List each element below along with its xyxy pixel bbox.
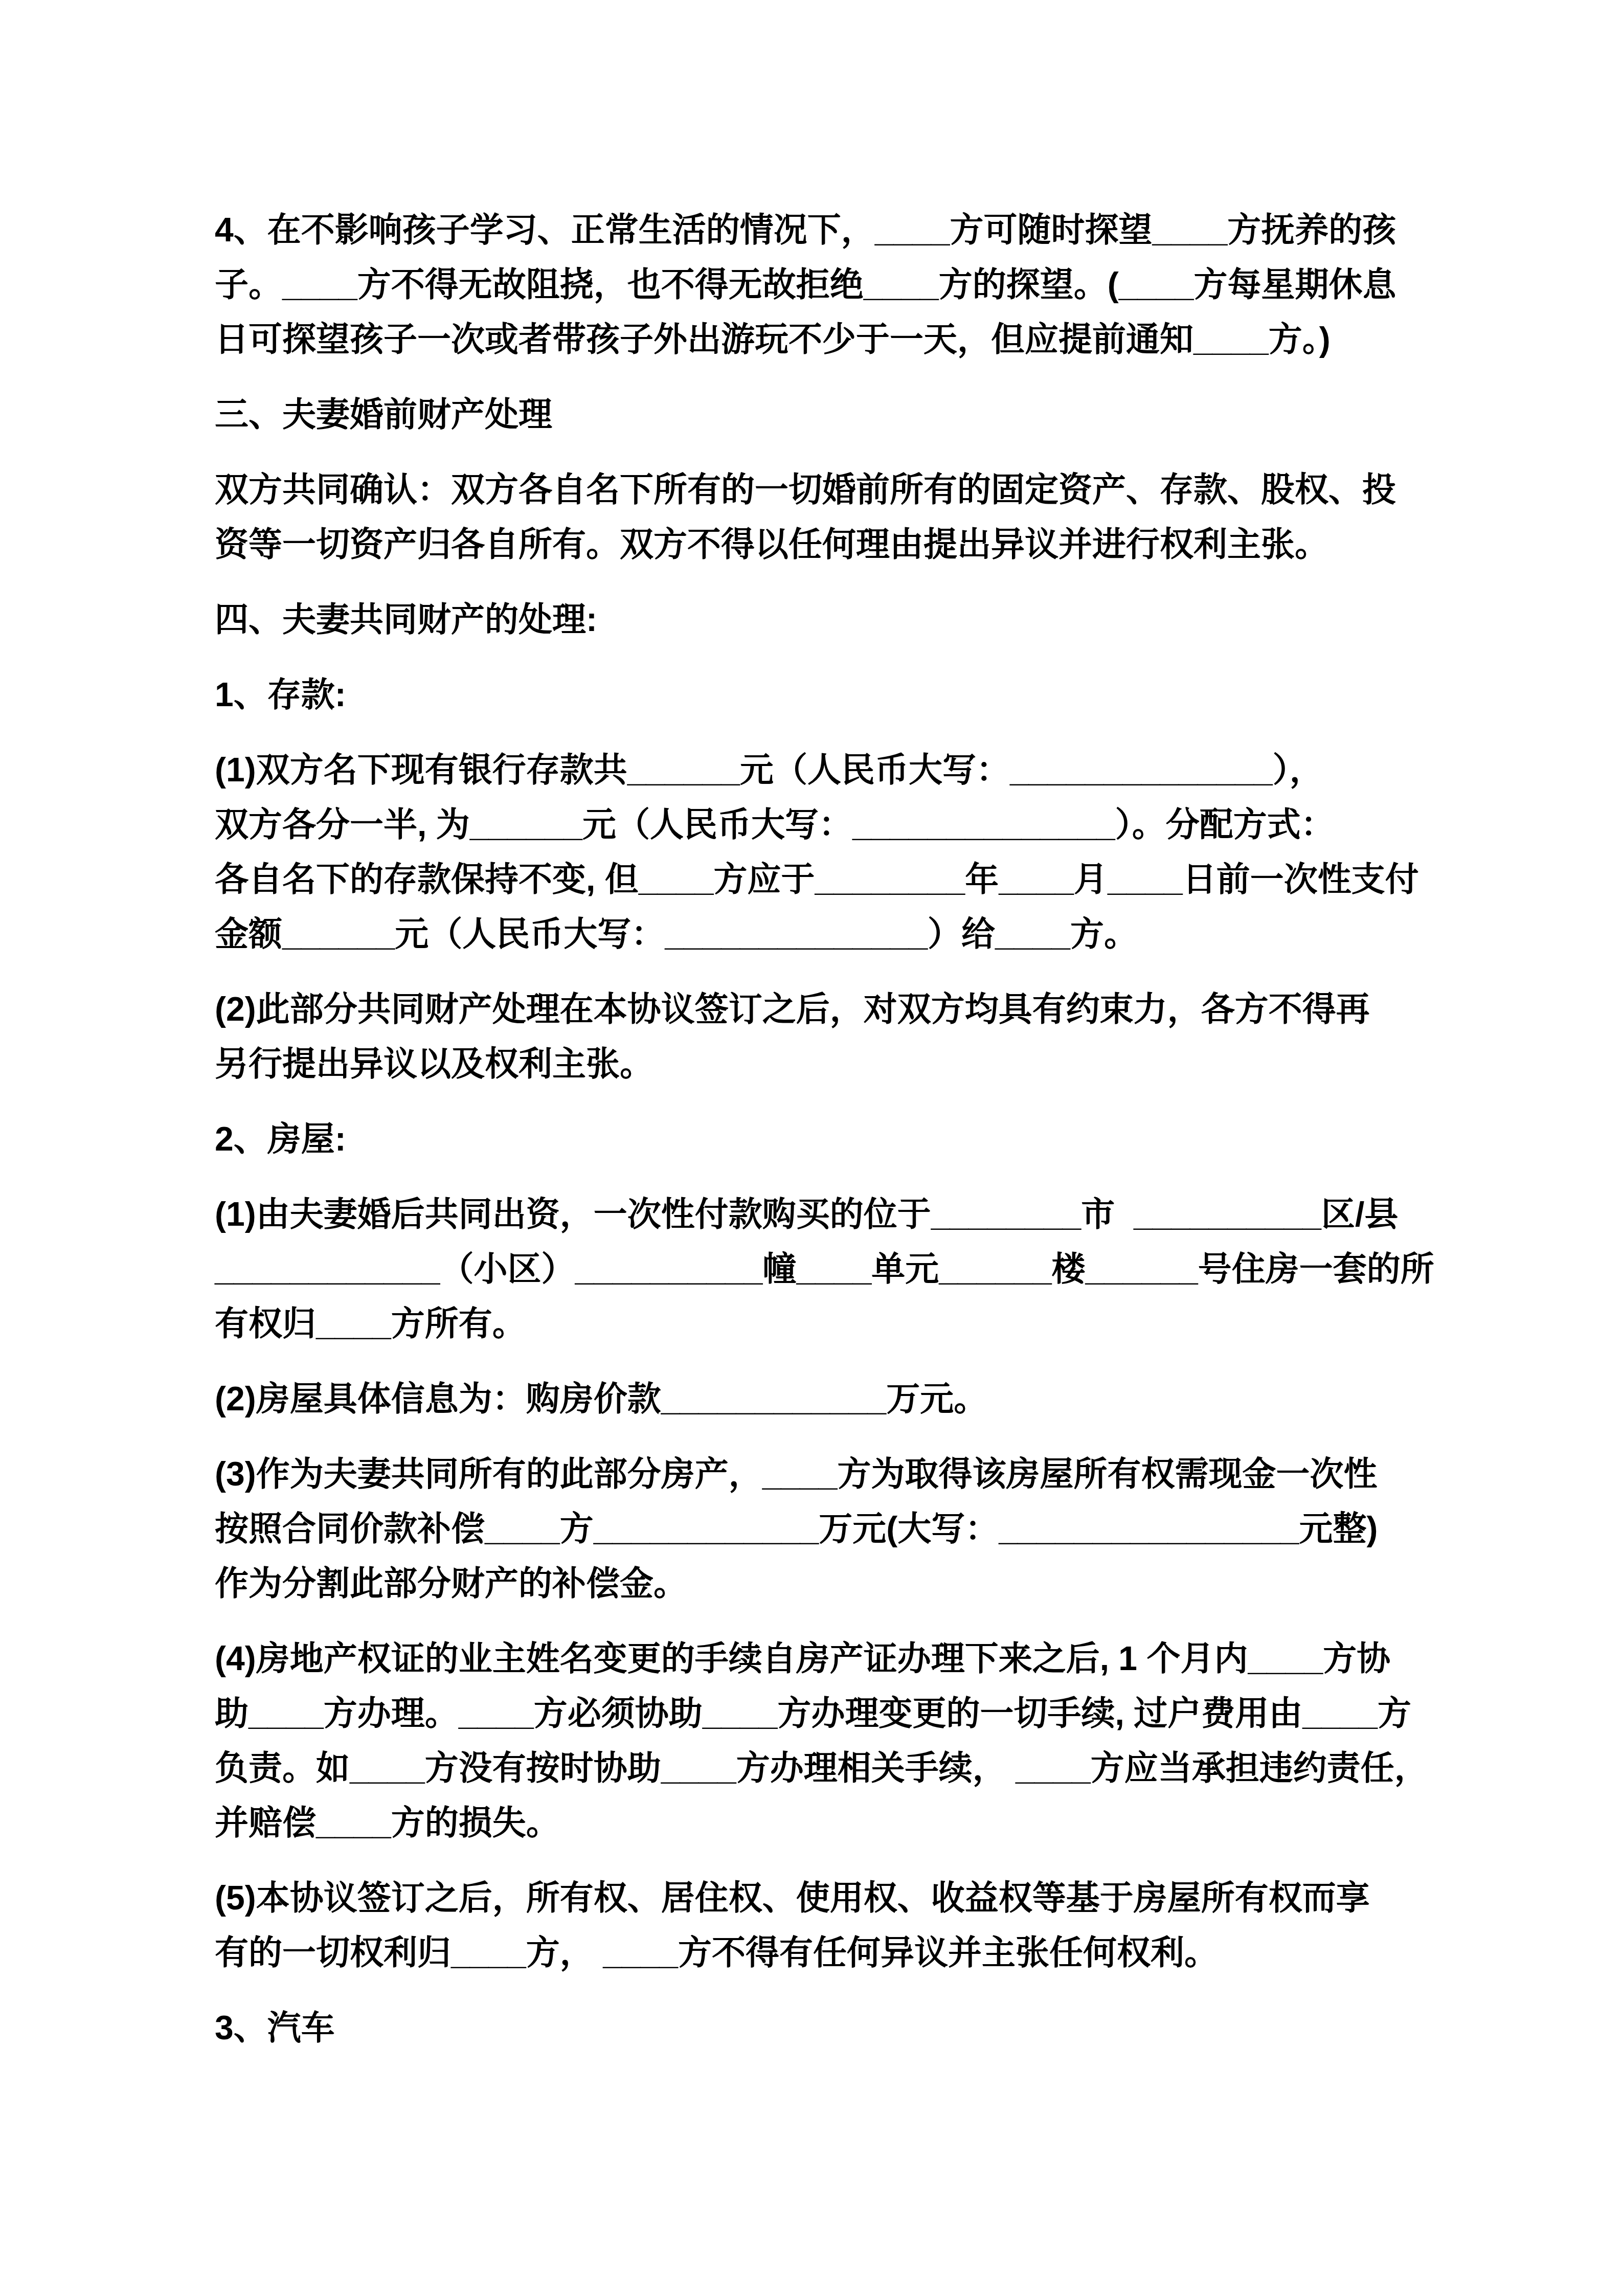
text-line: 按照合同价款补偿____方____________万元(大写：_________… bbox=[215, 1501, 1398, 1556]
text-line: 金额______元（人民币大写：______________）给____方。 bbox=[215, 907, 1398, 961]
text-line: 另行提出异议以及权利主张。 bbox=[215, 1037, 1398, 1091]
text-line: (1)双方名下现有银行存款共______元（人民币大写：____________… bbox=[215, 742, 1398, 797]
paragraph-title-transfer: (4)房地产权证的业主姓名变更的手续自房产证办理下来之后, 1 个月内____方… bbox=[215, 1631, 1398, 1850]
heading-premarital-property: 三、夫妻婚前财产处理 bbox=[215, 387, 1398, 442]
paragraph-rights-after-signing: (5)本协议签订之后，所有权、居住权、使用权、收益权等基于房屋所有权而享 有的一… bbox=[215, 1871, 1398, 1980]
text-line: 1、存款: bbox=[215, 667, 1398, 722]
text-line: 2、房屋: bbox=[215, 1112, 1398, 1166]
text-line: 双方各分一半, 为______元（人民币大写：______________）。分… bbox=[215, 797, 1398, 852]
text-line: (5)本协议签订之后，所有权、居住权、使用权、收益权等基于房屋所有权而享 bbox=[215, 1871, 1398, 1925]
text-line: 各自名下的存款保持不变, 但____方应于________年____月____日… bbox=[215, 852, 1398, 907]
paragraph-house-ownership: (1)由夫妻婚后共同出资，一次性付款购买的位于________市 _______… bbox=[215, 1187, 1398, 1351]
text-line: 有权归____方所有。 bbox=[215, 1296, 1398, 1351]
text-line: 资等一切资产归各自所有。双方不得以任何理由提出异议并进行权利主张。 bbox=[215, 517, 1398, 572]
text-line: (4)房地产权证的业主姓名变更的手续自房产证办理下来之后, 1 个月内____方… bbox=[215, 1631, 1398, 1686]
text-line: 作为分割此部分财产的补偿金。 bbox=[215, 1556, 1398, 1611]
text-line: 并赔偿____方的损失。 bbox=[215, 1795, 1398, 1850]
text-line: 日可探望孩子一次或者带孩子外出游玩不少于一天，但应提前通知____方。) bbox=[215, 312, 1398, 367]
text-line: 有的一切权利归____方， ____方不得有任何异议并主张任何权利。 bbox=[215, 1925, 1398, 1980]
text-line: 子。____方不得无故阻挠，也不得无故拒绝____方的探望。(____方每星期休… bbox=[215, 257, 1398, 312]
text-line: 负责。如____方没有按时协助____方办理相关手续， ____方应当承担违约责… bbox=[215, 1741, 1398, 1795]
paragraph-deposit-binding-force: (2)此部分共同财产处理在本协议签订之后，对双方均具有约束力，各方不得再 另行提… bbox=[215, 982, 1398, 1091]
heading-joint-property: 四、夫妻共同财产的处理: bbox=[215, 592, 1398, 647]
text-line: 四、夫妻共同财产的处理: bbox=[215, 592, 1398, 647]
text-line: 三、夫妻婚前财产处理 bbox=[215, 387, 1398, 442]
text-line: (3)作为夫妻共同所有的此部分房产，____方为取得该房屋所有权需现金一次性 bbox=[215, 1447, 1398, 1501]
text-line: (2)此部分共同财产处理在本协议签订之后，对双方均具有约束力，各方不得再 bbox=[215, 982, 1398, 1037]
text-line: (2)房屋具体信息为：购房价款____________万元。 bbox=[215, 1371, 1398, 1426]
text-line: ____________（小区）__________幢____单元______楼… bbox=[215, 1242, 1398, 1296]
text-line: 3、汽车 bbox=[215, 2000, 1398, 2055]
heading-car: 3、汽车 bbox=[215, 2000, 1398, 2055]
document-page: 4、在不影响孩子学习、正常生活的情况下，____方可随时探望____方抚养的孩 … bbox=[0, 0, 1623, 2296]
text-line: 助____方办理。____方必须协助____方办理变更的一切手续, 过户费用由_… bbox=[215, 1686, 1398, 1741]
paragraph-deposit-split: (1)双方名下现有银行存款共______元（人民币大写：____________… bbox=[215, 742, 1398, 961]
heading-deposits: 1、存款: bbox=[215, 667, 1398, 722]
text-line: 双方共同确认：双方各自名下所有的一切婚前所有的固定资产、存款、股权、投 bbox=[215, 462, 1398, 517]
paragraph-premarital-confirmation: 双方共同确认：双方各自名下所有的一切婚前所有的固定资产、存款、股权、投 资等一切… bbox=[215, 462, 1398, 572]
text-line: (1)由夫妻婚后共同出资，一次性付款购买的位于________市 _______… bbox=[215, 1187, 1398, 1242]
paragraph-child-visitation: 4、在不影响孩子学习、正常生活的情况下，____方可随时探望____方抚养的孩 … bbox=[215, 202, 1398, 367]
paragraph-house-compensation: (3)作为夫妻共同所有的此部分房产，____方为取得该房屋所有权需现金一次性 按… bbox=[215, 1447, 1398, 1611]
paragraph-house-price: (2)房屋具体信息为：购房价款____________万元。 bbox=[215, 1371, 1398, 1426]
text-line: 4、在不影响孩子学习、正常生活的情况下，____方可随时探望____方抚养的孩 bbox=[215, 202, 1398, 257]
heading-house: 2、房屋: bbox=[215, 1112, 1398, 1166]
